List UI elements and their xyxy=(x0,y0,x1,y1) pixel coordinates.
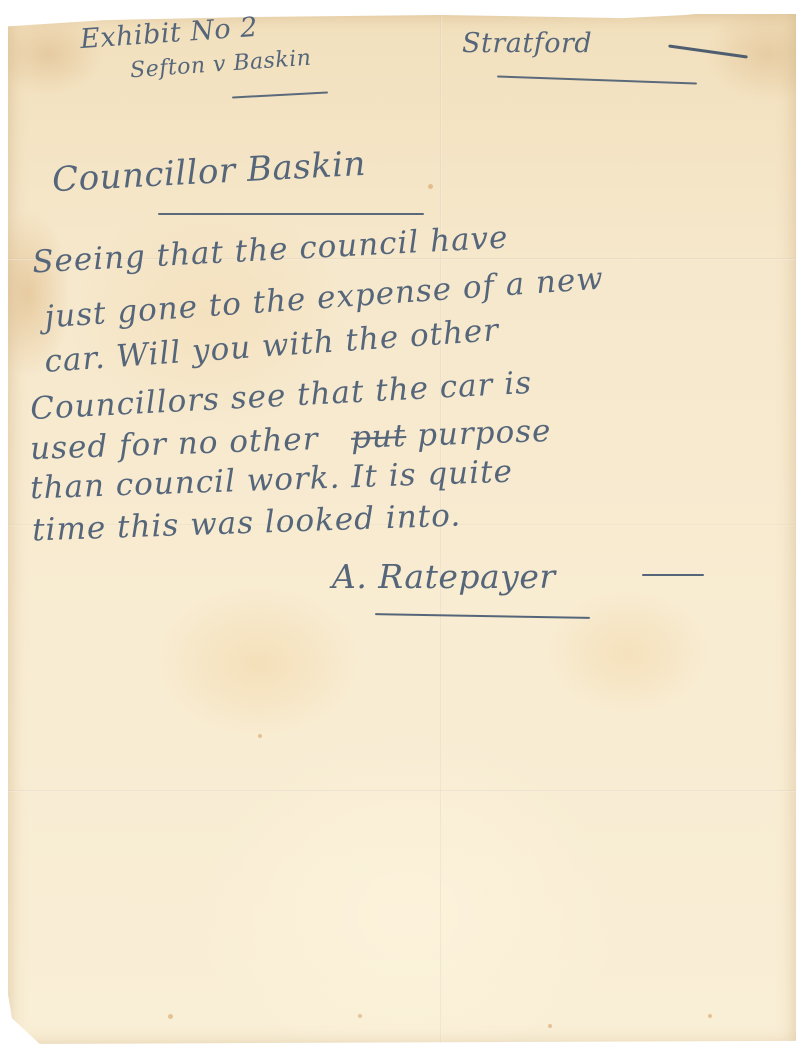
foxing-spot xyxy=(548,1024,552,1028)
place-name: Stratford xyxy=(462,28,592,59)
foxing-spot xyxy=(428,184,433,189)
struck-out-word: put xyxy=(350,418,407,456)
foxing-spot xyxy=(358,1014,362,1018)
salutation-underline xyxy=(158,213,424,215)
signature-flourish xyxy=(642,574,704,576)
horizontal-fold-crease xyxy=(8,790,796,792)
body-line-5-tail: purpose xyxy=(416,413,552,454)
signature: A. Ratepayer xyxy=(332,557,556,596)
foxing-spot xyxy=(708,1014,712,1018)
foxing-spot xyxy=(168,1014,173,1019)
foxing-spot xyxy=(258,734,262,738)
